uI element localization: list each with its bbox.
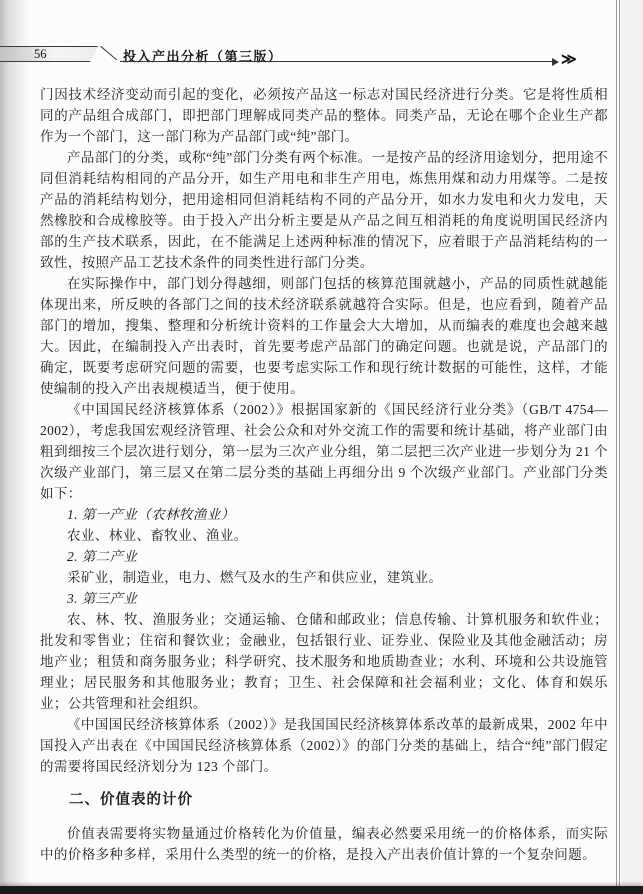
list-item-detail: 农业、林业、畜牧业、渔业。 — [40, 525, 608, 546]
book-title: 投入产出分析（第三版） — [123, 46, 283, 65]
paragraph: 《中国国民经济核算体系（2002）》是我国国民经济核算体系改革的最新成果，200… — [40, 714, 608, 777]
paragraph: 门因技术经济变动而引起的变化，必须按产品这一标志对国民经济进行分类。它是将性质相… — [40, 84, 608, 147]
paragraph: 农、林、牧、渔服务业；交通运输、仓储和邮政业；信息传输、计算机服务和软件业；批发… — [40, 609, 608, 714]
page-edge-line — [616, 0, 620, 894]
section-heading: 二、价值表的计价 — [40, 790, 608, 811]
list-item-detail: 采矿业，制造业，电力、燃气及水的生产和供应业，建筑业。 — [40, 567, 608, 588]
paragraph: 产品部门的分类，或称“纯”部门分类有两个标准。一是按产品的经济用途划分，把用途不… — [40, 147, 608, 273]
page-body: 门因技术经济变动而引起的变化，必须按产品这一标志对国民经济进行分类。它是将性质相… — [40, 84, 608, 865]
page-number: 56 — [34, 47, 47, 62]
scan-right-margin — [622, 0, 643, 894]
page-number-bar — [0, 46, 98, 62]
list-item-label: 1. 第一产业（农林牧渔业） — [40, 504, 608, 525]
header-slash-divider — [100, 46, 117, 60]
scan-left-shadow — [0, 0, 30, 894]
list-item-label: 2. 第二产业 — [40, 546, 608, 567]
double-chevron-icon: ≫ — [561, 50, 577, 69]
scan-bottom-band — [0, 886, 643, 894]
paragraph: 价值表需要将实物量通过价格转化为价值量，编表必然要采用统一的价格体系，而实际中的… — [40, 823, 608, 865]
header-rule — [120, 61, 553, 62]
arrow-head-icon — [552, 58, 559, 66]
paragraph: 在实际操作中，部门划分得越细，则部门包括的核算范围就越小，产品的同质性就越能体现… — [40, 273, 608, 399]
paragraph: 《中国国民经济核算体系（2002）》根据国家新的《国民经济行业分类》（GB/T … — [40, 399, 608, 504]
list-item-label: 3. 第三产业 — [40, 588, 608, 609]
